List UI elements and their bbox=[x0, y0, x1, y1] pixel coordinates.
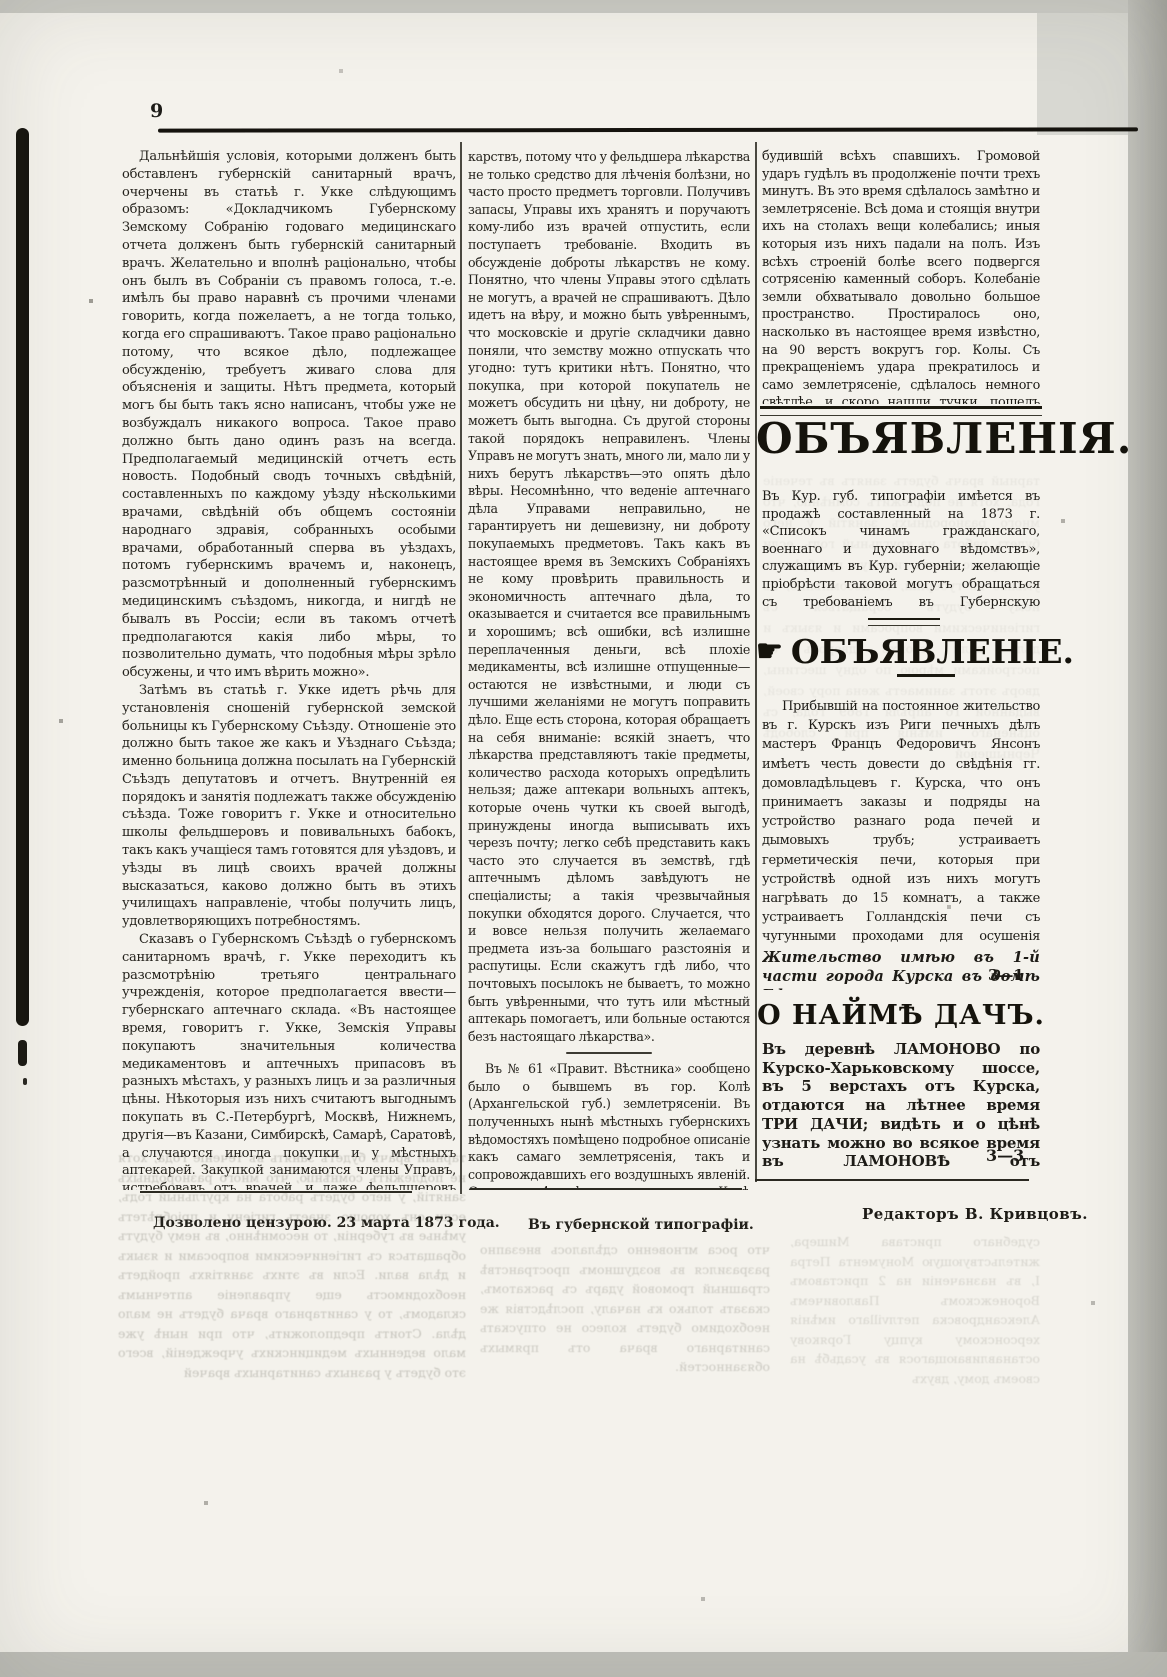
article-paragraph: Сказавъ о Губернскомъ Съѣздѣ о губернско… bbox=[122, 931, 456, 1190]
censor-line: Дозволено цензурою. 23 марта 1873 года. bbox=[153, 1215, 500, 1231]
newspaper-scan-page: тарный врачъ будетъ занятъ въ теченіе го… bbox=[0, 0, 1167, 1677]
page-number: 9 bbox=[150, 100, 163, 122]
scanner-black-edge bbox=[16, 128, 29, 1026]
stove-master-ad: Прибывшій на постоянное жительство въ г.… bbox=[762, 684, 1040, 948]
announcements-heading: ОБЪЯВЛЕНІЯ. bbox=[756, 414, 1046, 463]
dacha-heading: О НАЙМѢ ДАЧЪ. bbox=[756, 1000, 1046, 1031]
scan-edge-right bbox=[1128, 0, 1167, 1677]
scan-shadow-top-right bbox=[1037, 13, 1128, 135]
ink-speck bbox=[23, 1078, 27, 1085]
article-paragraph: Затѣмъ въ статьѣ г. Укке идетъ рѣчь для … bbox=[122, 682, 456, 931]
column-1: Дальнѣйшія условія, которыми долженъ быт… bbox=[122, 148, 456, 1190]
notice-heading-label: ОБЪЯВЛЕНІЕ. bbox=[791, 632, 1074, 671]
article-paragraph: будившій всѣхъ спавшихъ. Громовой ударъ … bbox=[762, 148, 1040, 404]
insertion-count-mark: 3—1 bbox=[988, 966, 1024, 984]
section-divider bbox=[566, 1052, 652, 1054]
scanner-black-mark bbox=[18, 1040, 27, 1066]
stove-master-ad-text: Прибывшій на постоянное жительство въ г.… bbox=[762, 697, 1040, 948]
article-paragraph: Въ № 61 «Правит. Вѣстника» сообщено было… bbox=[468, 1060, 750, 1190]
notice-heading: ☛ОБЪЯВЛЕНІЕ. bbox=[756, 632, 1046, 671]
insertion-count-mark: 3—3 bbox=[986, 1146, 1024, 1165]
paper-specks bbox=[0, 0, 2, 2]
scan-edge-top bbox=[0, 0, 1167, 13]
column-2: карствъ, потому что у фельдшера лѣкарств… bbox=[468, 148, 750, 1190]
column2-closing-rule bbox=[470, 1188, 742, 1190]
article-paragraph: Дальнѣйшія условія, которыми долженъ быт… bbox=[122, 148, 456, 682]
column-divider-1 bbox=[460, 142, 462, 1194]
notice-underline bbox=[897, 674, 955, 677]
pointing-hand-icon: ☛ bbox=[756, 634, 783, 669]
masthead-rule bbox=[158, 127, 1138, 132]
editor-line: Редакторъ В. Кривцовъ. bbox=[862, 1205, 1088, 1223]
bleedthrough-bottom-middle: что роса мгновенно сдѣлалось внезапно ра… bbox=[480, 1240, 770, 1475]
typography-ad-paragraph: Въ Кур. губ. типографіи имѣется въ прода… bbox=[762, 488, 1040, 612]
printer-line: Въ губернской типографіи. bbox=[528, 1217, 754, 1233]
short-separator-rule bbox=[868, 618, 940, 626]
bleedthrough-bottom-left: тарный врачъ будетъ занять въ теченіе го… bbox=[118, 1148, 466, 1476]
article-paragraph: карствъ, потому что у фельдшера лѣкарств… bbox=[468, 148, 750, 1045]
column3-closing-rule bbox=[755, 1179, 1029, 1181]
scan-edge-bottom bbox=[0, 1652, 1167, 1677]
column1-closing-rule bbox=[140, 1191, 412, 1193]
bleedthrough-bottom-right: судебнаго пристава Мишера, жительствующу… bbox=[790, 1232, 1040, 1492]
